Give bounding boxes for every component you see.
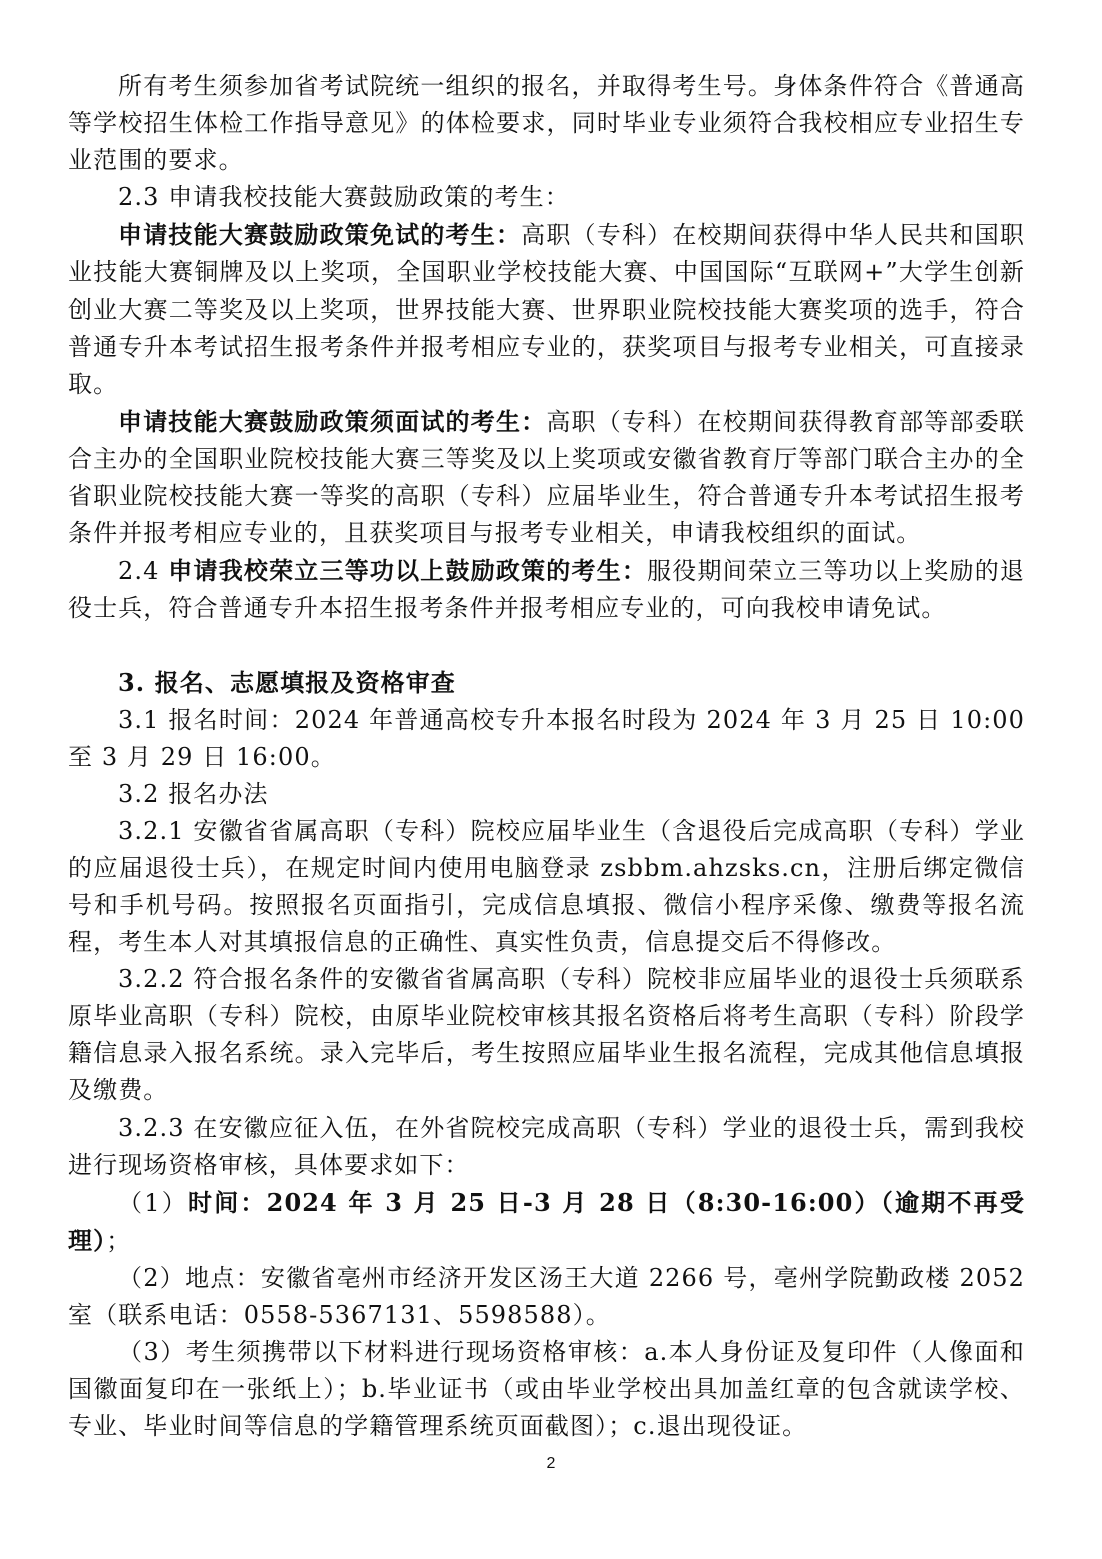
paragraph-item-2-location: （2）地点：安徽省亳州市经济开发区汤王大道 2266 号，亳州学院勤政楼 205… bbox=[68, 1260, 1025, 1334]
paragraph-item-1-time: （1）时间：2024 年 3 月 25 日-3 月 28 日（8:30-16:0… bbox=[68, 1184, 1025, 1260]
paragraph-2-3-title: 2.3 申请我校技能大赛鼓励政策的考生： bbox=[68, 179, 1025, 216]
paragraph-item-3-materials: （3）考生须携带以下材料进行现场资格审核：a.本人身份证及复印件（人像面和国徽面… bbox=[68, 1334, 1025, 1445]
document-page: 所有考生须参加省考试院统一组织的报名，并取得考生号。身体条件符合《普通高等学校招… bbox=[68, 68, 1025, 1445]
bold-label-exempt: 申请技能大赛鼓励政策免试的考生： bbox=[118, 220, 521, 249]
bold-label-merit: 申请我校荣立三等功以上鼓励政策的考生： bbox=[168, 556, 647, 585]
item-prefix: （1） bbox=[118, 1189, 188, 1217]
paragraph-2-4-merit: 2.4 申请我校荣立三等功以上鼓励政策的考生：服役期间荣立三等功以上奖励的退役士… bbox=[68, 552, 1025, 627]
bold-label-interview: 申请技能大赛鼓励政策须面试的考生： bbox=[118, 407, 546, 436]
item-suffix: ； bbox=[106, 1227, 131, 1255]
bold-time-text: 时间：2024 年 3 月 25 日-3 月 28 日（8:30-16:00）（… bbox=[68, 1188, 1025, 1255]
section-number: 2.4 bbox=[118, 557, 168, 585]
paragraph-3-2-2: 3.2.2 符合报名条件的安徽省省属高职（专科）院校非应届毕业的退役士兵须联系原… bbox=[68, 961, 1025, 1109]
section-heading-3: 3. 报名、志愿填报及资格审查 bbox=[68, 664, 1025, 701]
paragraph-3-2-3: 3.2.3 在安徽应征入伍，在外省院校完成高职（专科）学业的退役士兵，需到我校进… bbox=[68, 1110, 1025, 1184]
paragraph-skill-contest-exempt: 申请技能大赛鼓励政策免试的考生：高职（专科）在校期间获得中华人民共和国职业技能大… bbox=[68, 216, 1025, 402]
paragraph-skill-contest-interview: 申请技能大赛鼓励政策须面试的考生：高职（专科）在校期间获得教育部等部委联合主办的… bbox=[68, 403, 1025, 552]
page-number: 2 bbox=[0, 1455, 1102, 1473]
spacer bbox=[68, 627, 1025, 664]
paragraph-3-2-title: 3.2 报名办法 bbox=[68, 776, 1025, 813]
paragraph-3-1-registration-time: 3.1 报名时间：2024 年普通高校专升本报名时段为 2024 年 3 月 2… bbox=[68, 702, 1025, 776]
paragraph-3-2-1: 3.2.1 安徽省省属高职（专科）院校应届毕业生（含退役后完成高职（专科）学业的… bbox=[68, 813, 1025, 961]
paragraph-exam-registration-requirements: 所有考生须参加省考试院统一组织的报名，并取得考生号。身体条件符合《普通高等学校招… bbox=[68, 68, 1025, 179]
